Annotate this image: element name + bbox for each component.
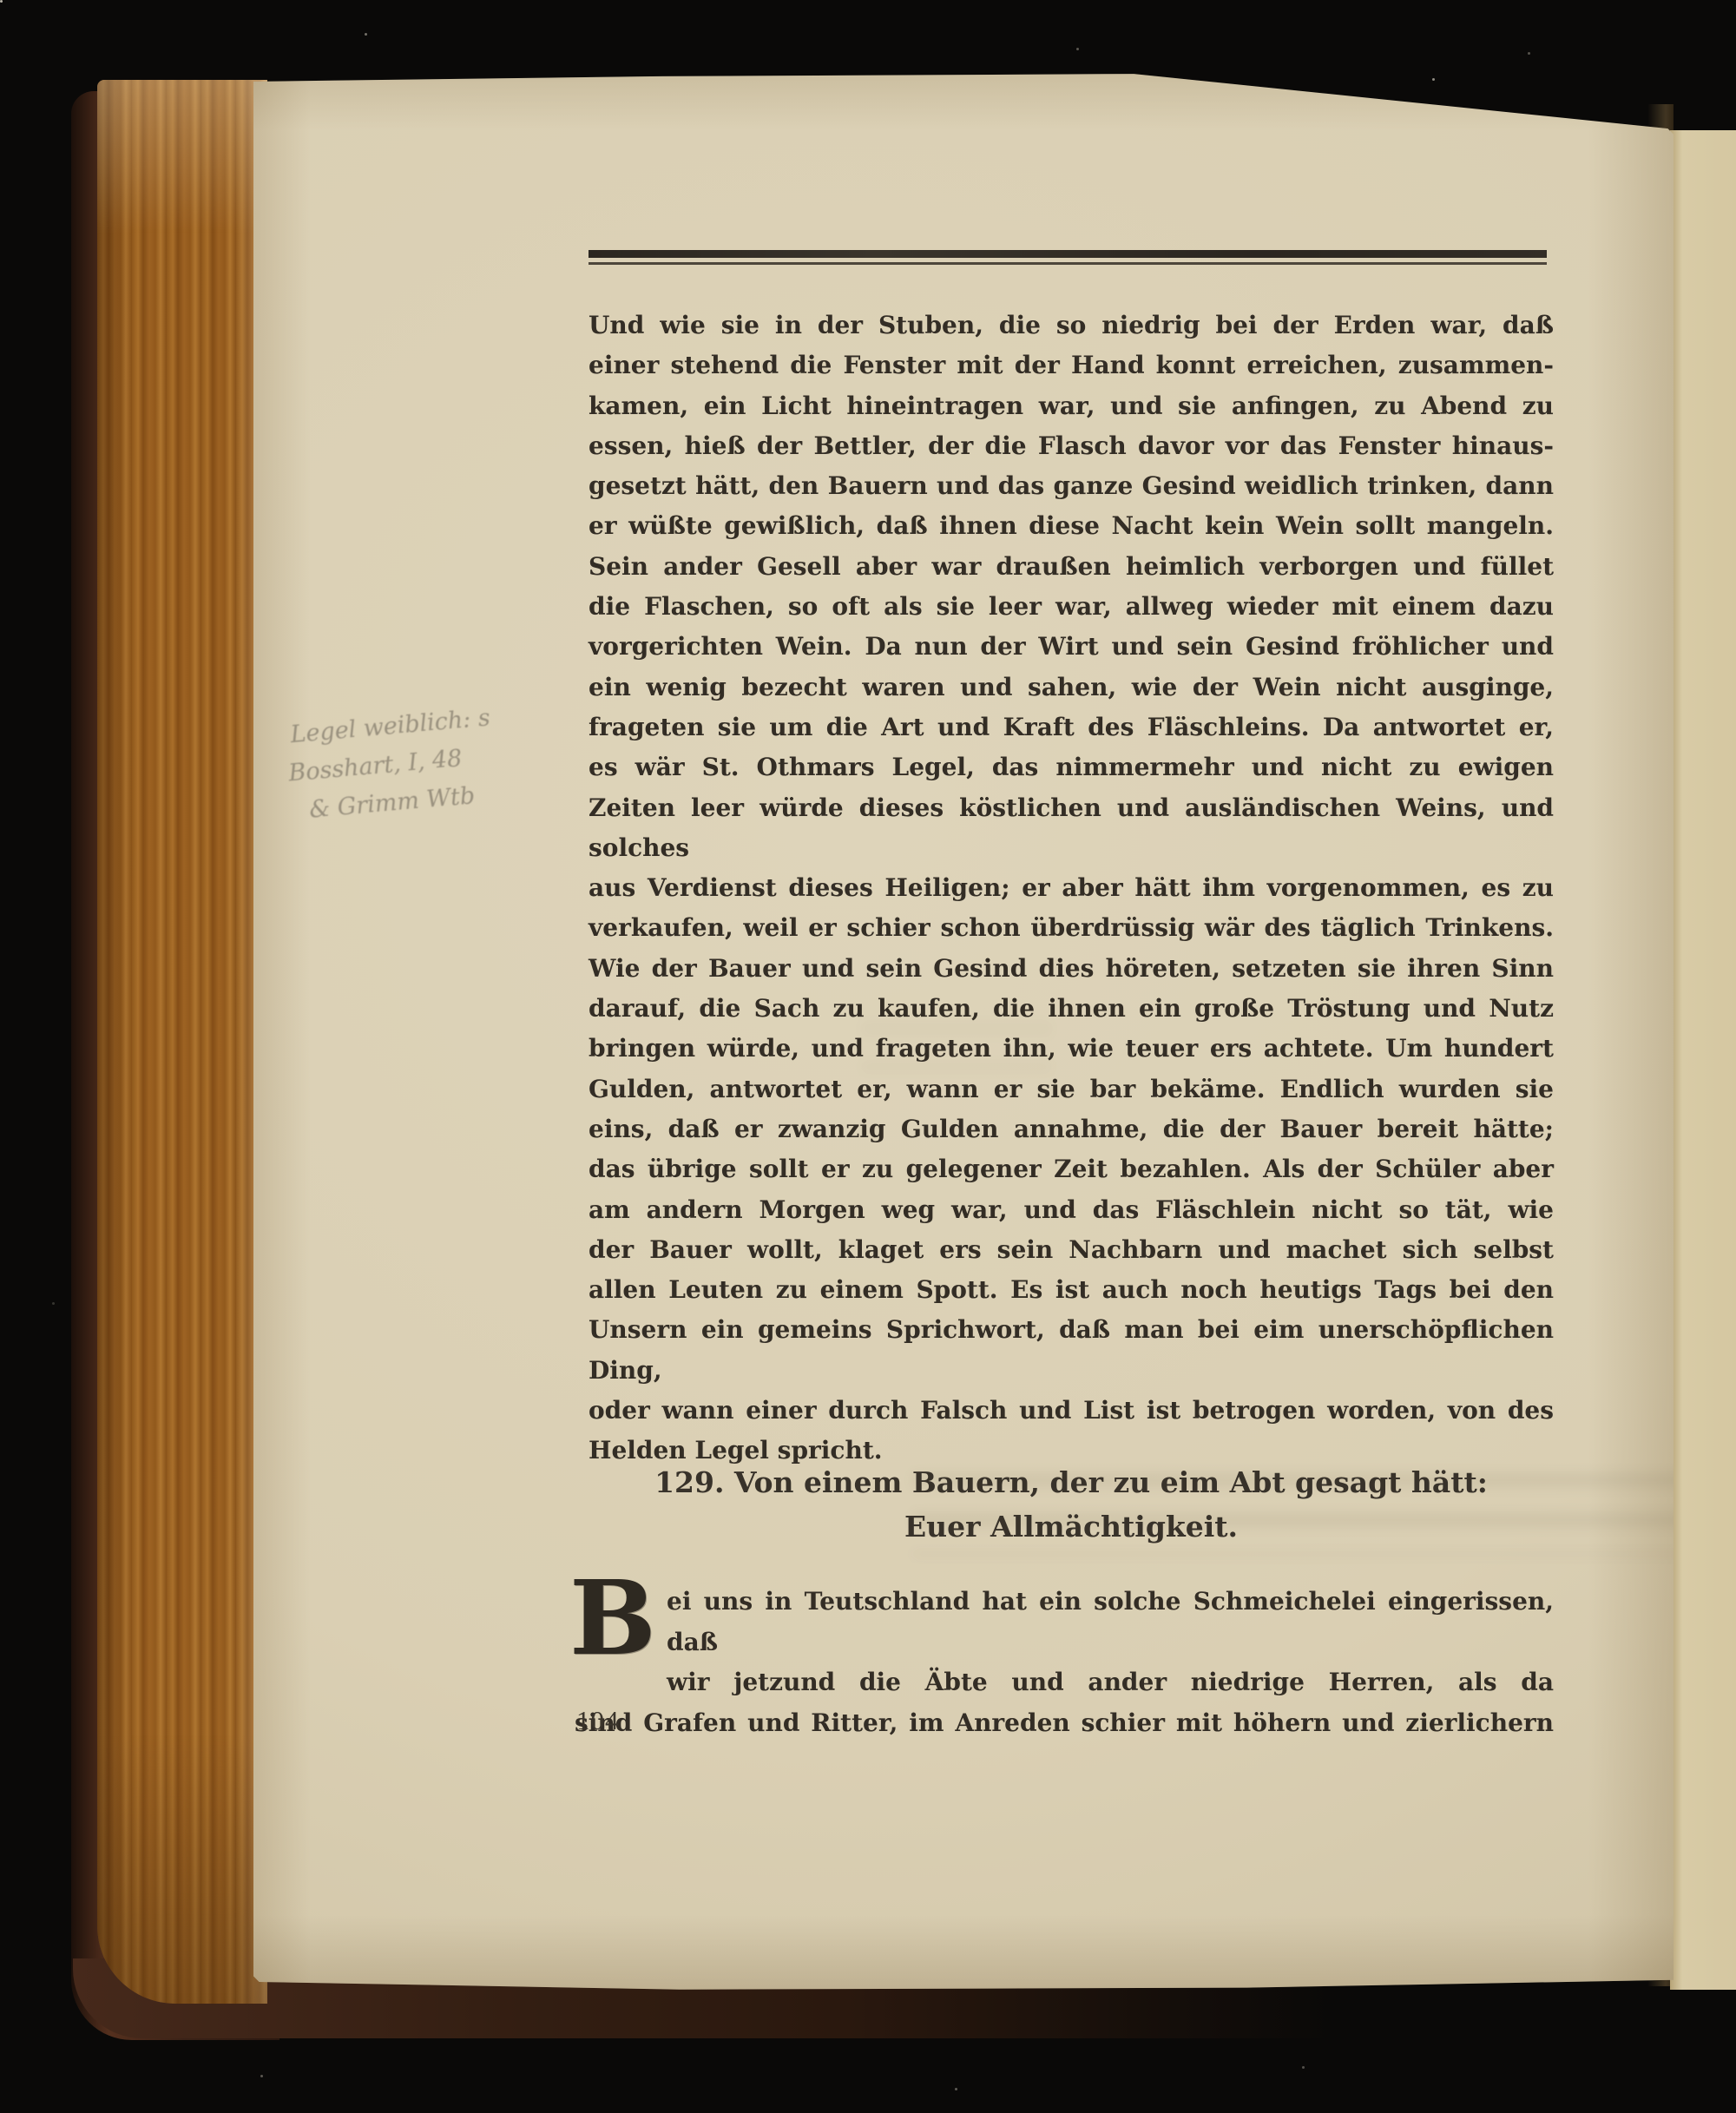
story-text-line: der Bauer wollt, klaget ers sein Nachbar… (589, 1230, 1554, 1270)
story-text-line: bringen würde, und frageten ihn, wie teu… (589, 1029, 1554, 1069)
drop-cap-initial: B (569, 1575, 656, 1662)
story-text-line: er wüßte gewißlich, daß ihnen diese Nach… (589, 506, 1554, 546)
paragraph-text-line: ei uns in Teutschland hat ein solche Sch… (575, 1582, 1554, 1662)
story-text-line: Unsern ein gemeins Sprichwort, daß man b… (589, 1310, 1554, 1391)
second-paragraph-lines: ei uns in Teutschland hat ein solche Sch… (575, 1582, 1554, 1743)
story-text-line: vorgerichten Wein. Da nun der Wirt und s… (589, 627, 1554, 667)
story-text-line: allen Leuten zu einem Spott. Es ist auch… (589, 1270, 1554, 1310)
story-text-line: aus Verdienst dieses Heiligen; er aber h… (589, 868, 1554, 908)
second-paragraph: B ei uns in Teutschland hat ein solche S… (575, 1582, 1554, 1743)
story-text-line: darauf, die Sach zu kaufen, die ihnen ei… (589, 989, 1554, 1029)
chapter-heading-line1: 129. Von einem Bauern, der zu eim Abt ge… (589, 1460, 1554, 1505)
story-text-block: Und wie sie in der Stuben, die so niedri… (589, 306, 1554, 1471)
story-text-line: frageten sie um die Art und Kraft des Fl… (589, 708, 1554, 747)
paragraph-text-line: wir jetzund die Äbte und ander niedrige … (575, 1662, 1554, 1703)
story-text-line: oder wann einer durch Falsch und List is… (589, 1391, 1554, 1431)
chapter-heading-line2: Euer Allmächtigkeit. (589, 1505, 1554, 1549)
story-text-line: es wär St. Othmars Legel, das nimmermehr… (589, 747, 1554, 787)
story-text-line: kamen, ein Licht hineintragen war, und s… (589, 386, 1554, 426)
paragraph-text-line: sind Grafen und Ritter, im Anreden schie… (575, 1703, 1554, 1744)
story-text-line: das übrige sollt er zu gelegener Zeit be… (589, 1149, 1554, 1189)
story-text-line: Sein ander Gesell aber war draußen heiml… (589, 547, 1554, 587)
story-text-line: essen, hieß der Bettler, der die Flasch … (589, 426, 1554, 466)
story-text-line: eins, daß er zwanzig Gulden annahme, die… (589, 1109, 1554, 1149)
story-text-line: ein wenig bezecht waren und sahen, wie d… (589, 668, 1554, 708)
story-text-line: Gulden, antwortet er, wann er sie bar be… (589, 1070, 1554, 1109)
header-rule-thick-line (589, 250, 1547, 258)
story-text-line: Zeiten leer würde dieses köstlichen und … (589, 788, 1554, 869)
chapter-heading: 129. Von einem Bauern, der zu eim Abt ge… (589, 1460, 1554, 1549)
marginalia-pencil-note: Legel weiblich: sBosshart, I, 48& Grimm … (289, 694, 558, 831)
header-rule (589, 250, 1547, 265)
header-rule-thin-line (589, 262, 1547, 265)
story-text-line: am andern Morgen weg war, und das Fläsch… (589, 1190, 1554, 1230)
story-text-line: gesetzt hätt, den Bauern und das ganze G… (589, 466, 1554, 506)
stacked-page-edges (97, 80, 267, 2004)
page-number: 104 (576, 1705, 620, 1736)
story-text-line: Wie der Bauer und sein Gesind dies höret… (589, 949, 1554, 989)
story-text-line: die Flaschen, so oft als sie leer war, a… (589, 587, 1554, 627)
book-photograph: Und wie sie in der Stuben, die so niedri… (0, 0, 1736, 2113)
story-text-line: Und wie sie in der Stuben, die so niedri… (589, 306, 1554, 346)
dust-specks (0, 0, 3, 3)
story-text-line: verkaufen, weil er schier schon überdrüs… (589, 908, 1554, 948)
facing-page-fore-edge (1670, 130, 1736, 1990)
story-text-line: einer stehend die Fenster mit der Hand k… (589, 346, 1554, 385)
